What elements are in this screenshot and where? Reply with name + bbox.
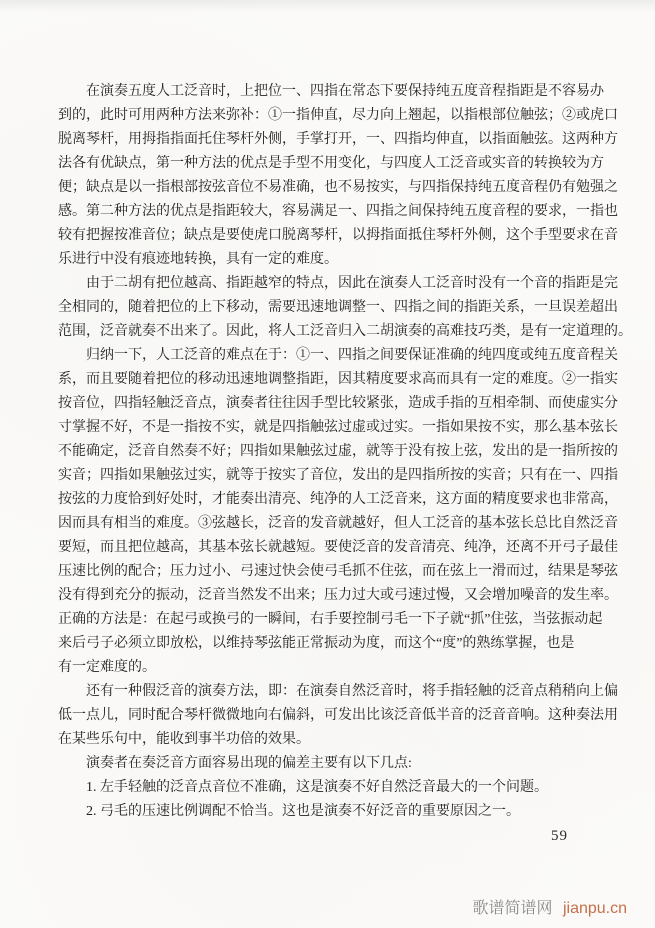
text-line: 来后弓子必须立即放松，以维持琴弦能正常振动为度，而这个“度”的熟练掌握，也是: [58, 632, 604, 656]
text-line: 由于二胡有把位越高、指距越窄的特点，因此在演奏人工泛音时没有一个音的指距是完: [58, 272, 604, 296]
text-line: 按音位，四指轻触泛音点，演奏者往往因手型比较紧张，造成手指的互相牵制、而使虚实分: [58, 392, 604, 416]
text-line: 到的，此时可用两种方法来弥补：①一指伸直，尽力向上翘起，以指根部位触弦；②或虎口: [58, 104, 604, 128]
text-line: 不能确定，泛音自然奏不好；四指如果触弦过虚，就等于没有按上弦，发出的是一指所按的: [58, 440, 604, 464]
text-line: 系，而且要随着把位的移动迅速地调整指距，因其精度要求高而具有一定的难度。②一指实: [58, 368, 604, 392]
text-line: 在演奏五度人工泛音时，上把位一、四指在常态下要保持纯五度音程指距是不容易办: [58, 80, 604, 104]
text-line: 感。第二种方法的优点是指距较大，容易满足一、四指之间保持纯五度音程的要求，一指也: [58, 200, 604, 224]
watermark: 歌谱简谱网 jianpu.cn: [472, 899, 627, 919]
page-number: 59: [551, 828, 568, 845]
body-text: 在演奏五度人工泛音时，上把位一、四指在常态下要保持纯五度音程指距是不容易办到的，…: [58, 80, 604, 824]
text-line: 2. 弓毛的压速比例调配不恰当。这也是演奏不好泛音的重要原因之一。: [58, 800, 604, 824]
text-line: 1. 左手轻触的泛音点音位不准确，这是演奏不好自然泛音最大的一个问题。: [58, 776, 604, 800]
watermark-site-name: 歌谱简谱网: [472, 900, 552, 917]
text-line: 有一定难度的。: [58, 656, 604, 680]
text-line: 要短，而且把位越高，其基本弦长就越短。要使泛音的发音清亮、纯净，还离不开弓子最佳: [58, 536, 604, 560]
text-line: 在某些乐句中，能收到事半功倍的效果。: [58, 728, 604, 752]
text-line: 乐进行中没有痕迹地转换，具有一定的难度。: [58, 248, 604, 272]
text-line: 法各有优缺点，第一种方法的优点是手型不用变化，与四度人工泛音或实音的转换较为方: [58, 152, 604, 176]
text-line: 低一点儿，同时配合琴杆微微地向右偏斜，可发出比该泛音低半音的泛音音响。这种奏法用: [58, 704, 604, 728]
text-line: 较有把握按准音位；缺点是要使虎口脱离琴杆，以拇指面抵住琴杆外侧，这个手型要求在音: [58, 224, 604, 248]
watermark-site-url: jianpu.cn: [563, 900, 627, 917]
text-line: 没有得到充分的振动，泛音当然发不出来；压力过大或弓速过慢，又会增加噪音的发生率。: [58, 584, 604, 608]
text-line: 便；缺点是以一指根部按弦音位不易准确，也不易按实，与四指保持纯五度音程仍有勉强之: [58, 176, 604, 200]
text-line: 全相同的，随着把位的上下移动，需要迅速地调整一、四指之间的指距关系，一旦误差超出: [58, 296, 604, 320]
text-line: 脱离琴杆，用拇指指面托住琴杆外侧，手掌打开，一、四指均伸直，以指面触弦。这两种方: [58, 128, 604, 152]
text-line: 还有一种假泛音的演奏方法，即：在演奏自然泛音时，将手指轻触的泛音点稍稍向上偏: [58, 680, 604, 704]
text-line: 演奏者在奏泛音方面容易出现的偏差主要有以下几点:: [58, 752, 604, 776]
scanned-book-page: 在演奏五度人工泛音时，上把位一、四指在常态下要保持纯五度音程指距是不容易办到的，…: [0, 0, 655, 928]
text-line: 因而具有相当的难度。③弦越长，泛音的发音就越好，但人工泛音的基本弦长总比自然泛音: [58, 512, 604, 536]
text-line: 压速比例的配合；压力过小、弓速过快会使弓毛抓不住弦，而在弦上一滑而过，结果是琴弦: [58, 560, 604, 584]
text-line: 归纳一下，人工泛音的难点在于：①一、四指之间要保证准确的纯四度或纯五度音程关: [58, 344, 604, 368]
text-line: 范围，泛音就奏不出来了。因此，将人工泛音归入二胡演奏的高难技巧类，是有一定道理的…: [58, 320, 604, 344]
text-line: 正确的方法是：在起弓或换弓的一瞬间，右手要控制弓毛一下子就“抓”住弦，当弦振动起: [58, 608, 604, 632]
text-line: 寸掌握不好，不是一指按不实，就是四指触弦过虚或过实。一指如果按不实，那么基本弦长: [58, 416, 604, 440]
text-line: 实音；四指如果触弦过实，就等于按实了音位，发出的是四指所按的实音；只有在一、四指: [58, 464, 604, 488]
text-line: 按弦的力度恰到好处时，才能奏出清亮、纯净的人工泛音来，这方面的精度要求也非常高，: [58, 488, 604, 512]
